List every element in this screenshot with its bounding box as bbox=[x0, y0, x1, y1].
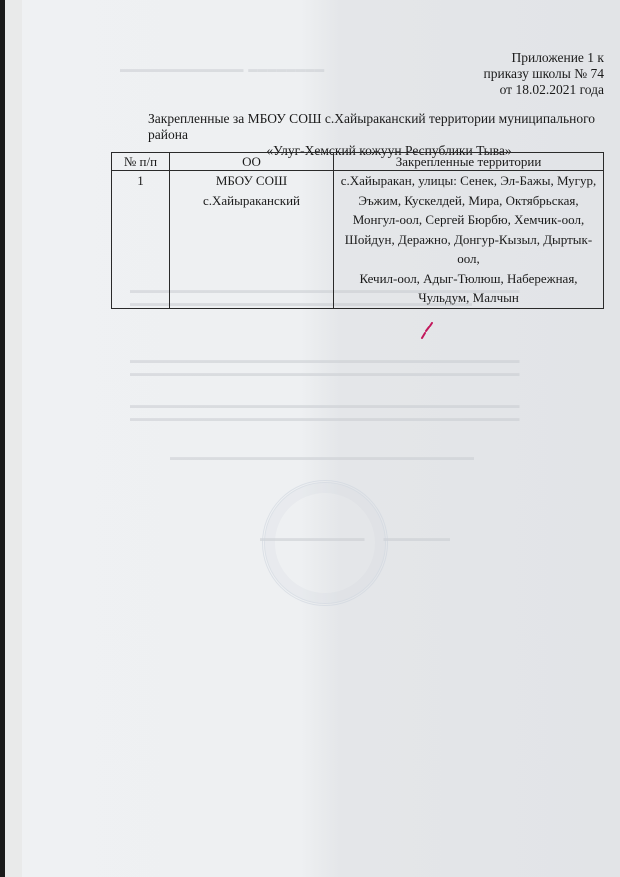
appendix-line-3: от 18.02.2021 года bbox=[484, 82, 605, 98]
territories-table: № п/п ОО Закрепленные территории 1 МБОУ … bbox=[111, 152, 604, 309]
bleed-through-text: ▬▬▬▬▬▬▬▬ ▬▬▬▬▬▬▬▬▬▬▬▬▬ bbox=[120, 64, 324, 77]
table-row: 1 МБОУ СОШ с.Хайыраканский с.Хайыракан, … bbox=[112, 171, 604, 309]
territory-line: с.Хайыракан, улицы: Сенек, Эл-Бажы, Мугу… bbox=[336, 171, 601, 191]
cell-number: 1 bbox=[112, 171, 170, 309]
cell-organization: МБОУ СОШ с.Хайыраканский bbox=[170, 171, 334, 309]
bleed-through-text: ▬▬▬▬▬▬▬▬▬▬▬▬▬▬▬▬▬▬▬▬▬▬▬▬▬▬▬▬▬▬▬▬▬▬▬▬▬▬▬▬… bbox=[130, 400, 520, 413]
faded-stamp bbox=[262, 480, 388, 606]
territory-line: Чульдум, Малчын bbox=[336, 288, 601, 308]
bleed-through-text: ▬▬▬▬▬▬▬▬▬▬▬▬▬▬▬▬▬▬▬▬▬▬▬▬▬▬▬▬▬▬▬▬▬▬▬▬▬▬▬▬… bbox=[130, 355, 520, 368]
header-number: № п/п bbox=[112, 153, 170, 171]
header-territories: Закрепленные территории bbox=[334, 153, 604, 171]
territory-line: Монгул-оол, Сергей Бюрбю, Хемчик-оол, bbox=[336, 210, 601, 230]
appendix-reference: Приложение 1 к приказу школы № 74 от 18.… bbox=[484, 50, 605, 98]
cell-territories: с.Хайыракан, улицы: Сенек, Эл-Бажы, Мугу… bbox=[334, 171, 604, 309]
organization-locality: с.Хайыраканский bbox=[172, 191, 331, 211]
header-organization: ОО bbox=[170, 153, 334, 171]
title-line-1: Закрепленные за МБОУ СОШ с.Хайыраканский… bbox=[110, 111, 610, 143]
bleed-through-text: ▬▬▬▬▬▬▬▬▬▬▬▬▬▬▬▬▬▬▬▬▬▬▬▬▬▬▬▬▬▬▬▬▬▬▬▬▬▬▬▬… bbox=[130, 368, 520, 381]
bleed-through-text: ▬▬▬▬▬▬▬▬▬▬▬▬▬▬▬▬▬▬▬▬▬▬▬▬▬▬▬▬▬▬▬▬ bbox=[170, 452, 474, 465]
territory-line: Кечил-оол, Адыг-Тюлюш, Набережная, bbox=[336, 269, 601, 289]
territory-line: Шойдун, Деражно, Донгур-Кызыл, Дыртык-оо… bbox=[336, 230, 601, 269]
organization-name: МБОУ СОШ bbox=[172, 171, 331, 191]
territory-line: Эъжим, Кускелдей, Мира, Октябрьская, bbox=[336, 191, 601, 211]
table-header-row: № п/п ОО Закрепленные территории bbox=[112, 153, 604, 171]
appendix-line-2: приказу школы № 74 bbox=[484, 66, 605, 82]
bleed-through-text: ▬▬▬▬▬▬▬▬▬▬▬▬▬▬▬▬▬▬▬▬▬▬▬▬▬▬▬▬▬▬▬▬▬▬▬▬▬▬▬▬… bbox=[130, 413, 520, 426]
pen-mark bbox=[420, 322, 434, 340]
appendix-line-1: Приложение 1 к bbox=[484, 50, 605, 66]
